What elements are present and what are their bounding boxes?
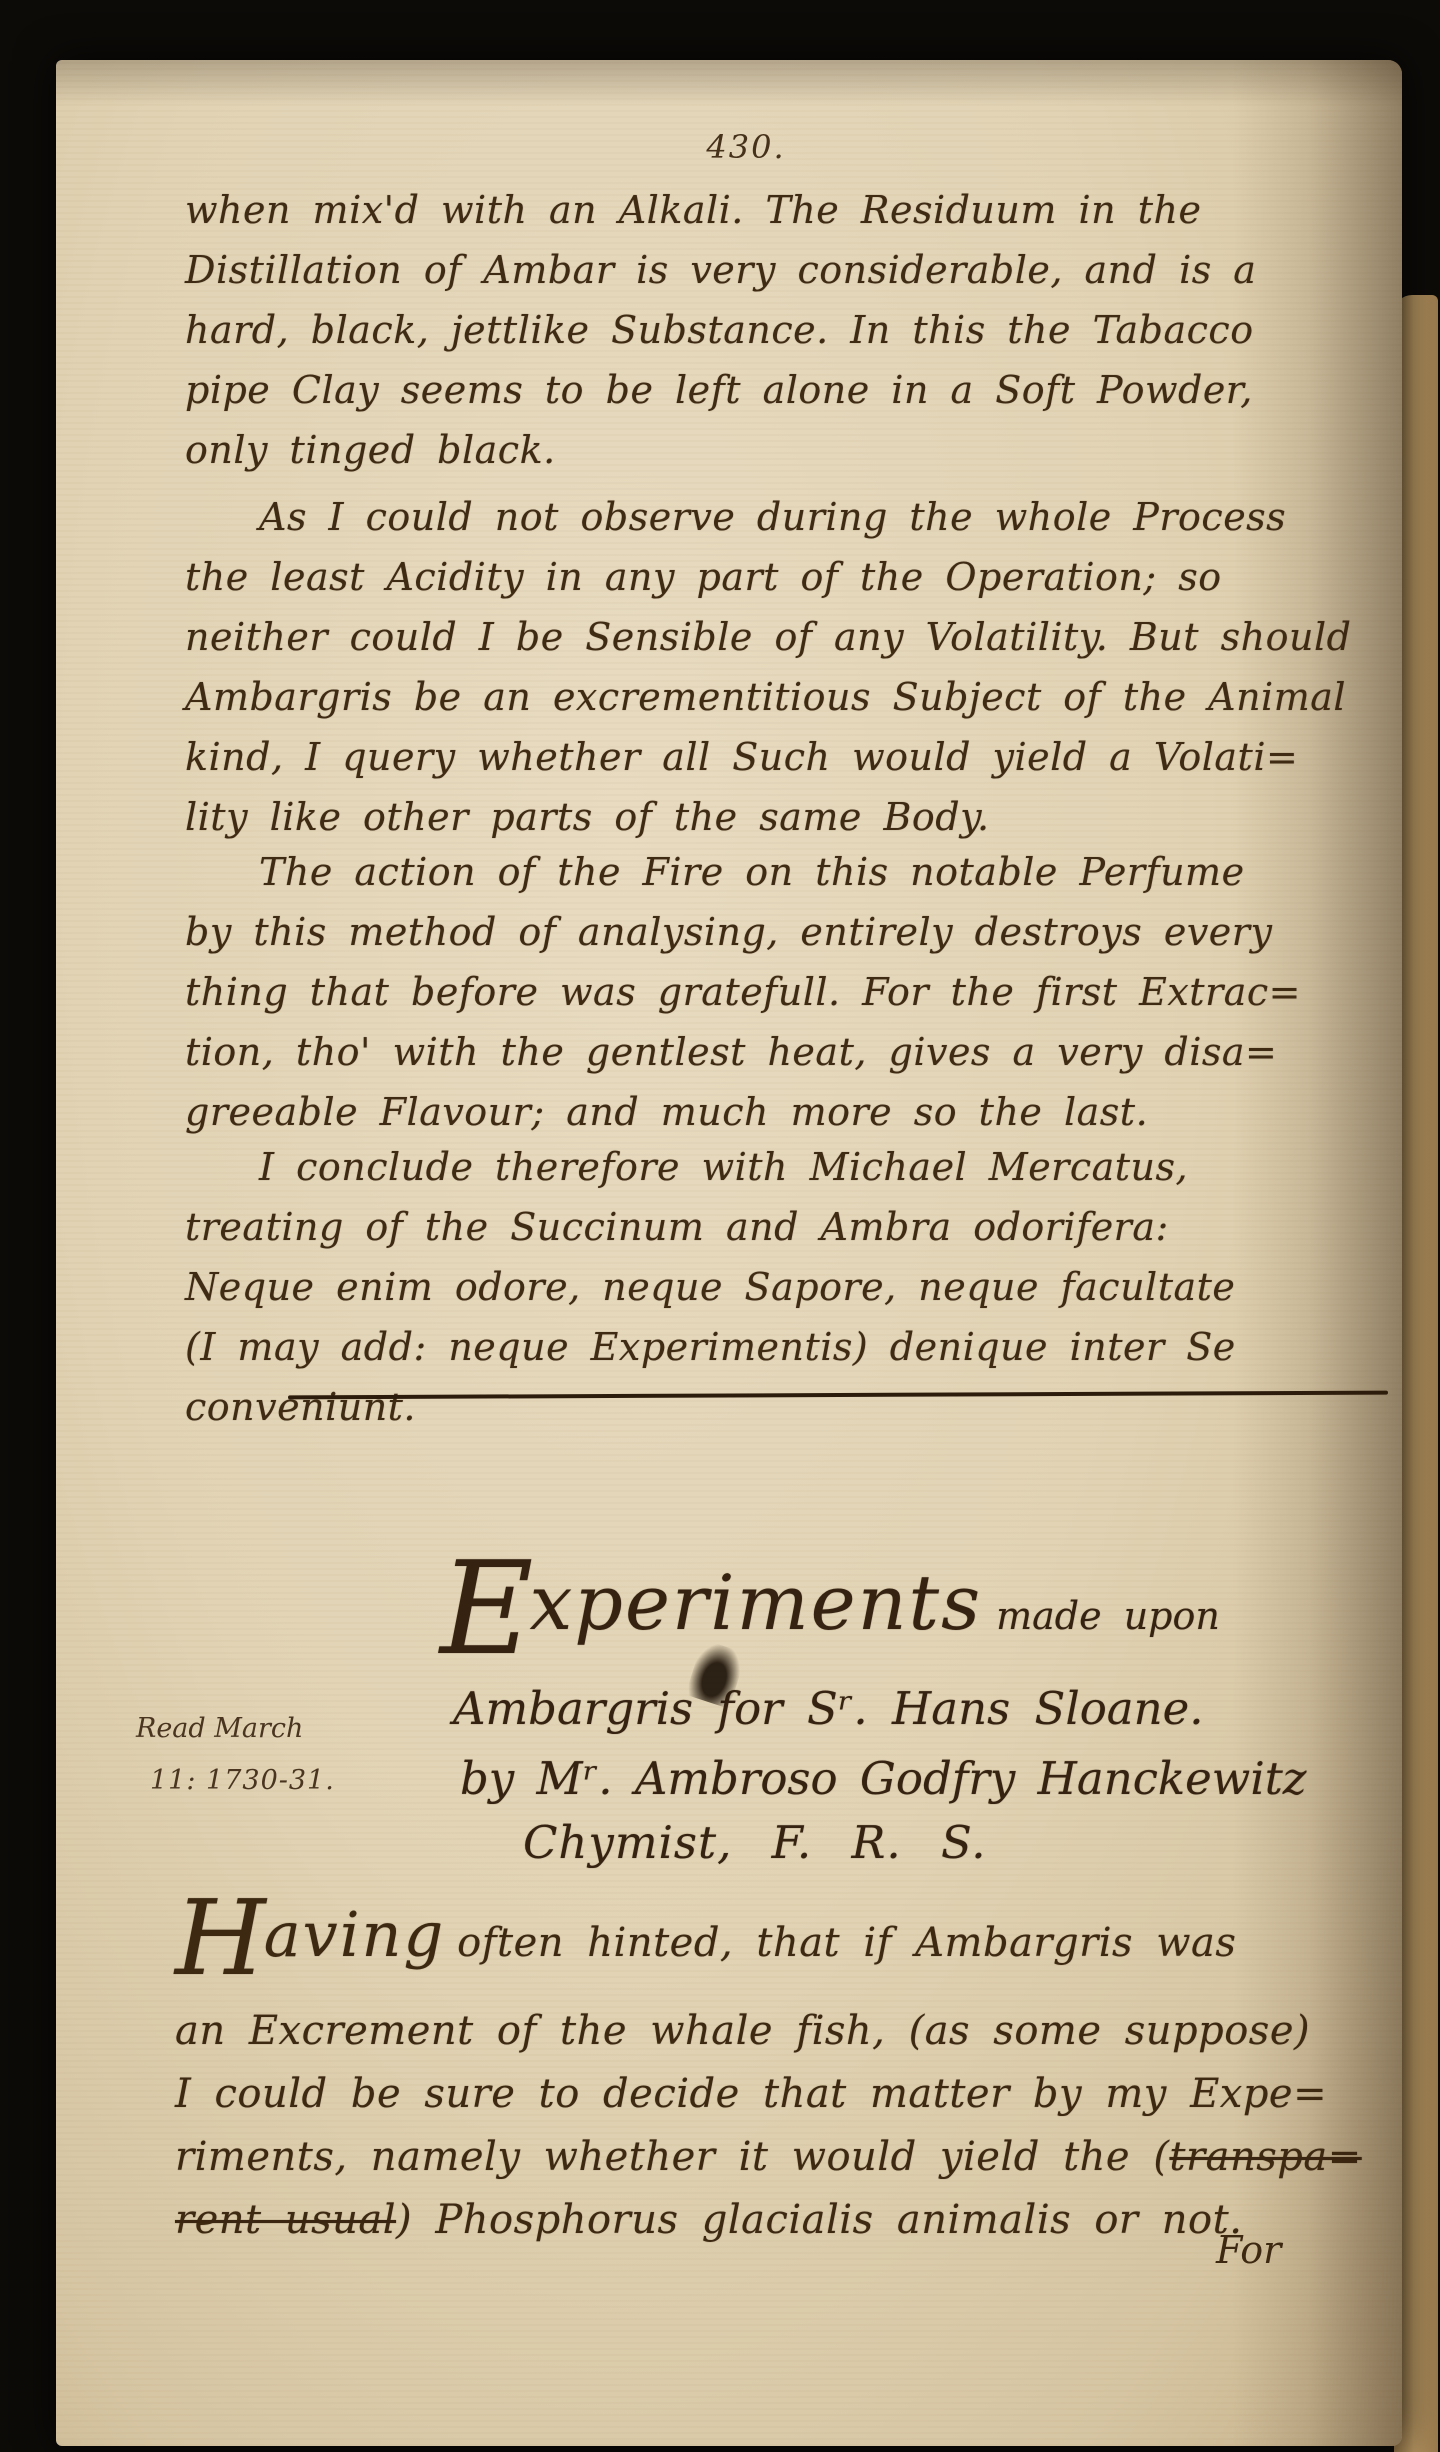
text-line: Neque enim odore, neque Sapore, neque fa…	[185, 1257, 1375, 1317]
photograph-background: 430. when mix'd with an Alkali. The Resi…	[0, 0, 1440, 2452]
text-line: Ambargris be an excrementitious Subject …	[185, 667, 1375, 727]
text-line: Distillation of Ambar is very considerab…	[185, 240, 1375, 300]
paragraph-residuum: when mix'd with an Alkali. The Residuum …	[185, 180, 1375, 480]
text-line: pipe Clay seems to be left alone in a So…	[185, 360, 1375, 420]
text-line: when mix'd with an Alkali. The Residuum …	[185, 180, 1375, 240]
marginal-note: Read March 11: 1730-31.	[136, 1703, 366, 1807]
catchword: For	[1216, 2228, 1281, 2272]
closing-line-segment: riments, namely whether it would yield t…	[175, 2134, 1169, 2180]
closing-line-rest: often hinted, that if Ambargris was	[457, 1920, 1236, 1966]
text-line: As I could not observe during the whole …	[185, 487, 1375, 547]
manuscript-page: 430. when mix'd with an Alkali. The Resi…	[56, 60, 1402, 2446]
closing-paragraph-line: an Excrement of the whale fish, (as some…	[175, 2008, 1310, 2054]
closing-paragraph-line: I could be sure to decide that matter by…	[175, 2071, 1327, 2117]
text-line: by this method of analysing, entirely de…	[185, 902, 1375, 962]
text-line: the least Acidity in any part of the Ope…	[185, 547, 1375, 607]
title-suffix: made upon	[996, 1594, 1220, 1638]
text-line: The action of the Fire on this notable P…	[185, 842, 1375, 902]
title-line-dedication: Ambargris for Sʳ. Hans Sloane.	[453, 1682, 1204, 1735]
paragraph-fire-action: The action of the Fire on this notable P…	[185, 842, 1375, 1142]
struck-out-text: transpa=	[1169, 2134, 1361, 2180]
marginal-note-line: Read March	[136, 1703, 366, 1755]
closing-paragraph-line: rent usual) Phosphorus glacialis animali…	[175, 2197, 1242, 2243]
text-line: greeable Flavour; and much more so the l…	[185, 1082, 1375, 1142]
text-line: I conclude therefore with Michael Mercat…	[185, 1137, 1375, 1197]
title-line-author: by Mʳ. Ambroso Godfry Hanckewitz	[460, 1752, 1307, 1805]
closing-word-rest: aving	[264, 1898, 445, 1971]
title-word: xperiments	[529, 1558, 982, 1647]
text-line: thing that before was gratefull. For the…	[185, 962, 1375, 1022]
decorated-initial-H: H	[175, 1877, 264, 1999]
decorated-initial-E: E	[440, 1535, 529, 1684]
text-line: lity like other parts of the same Body.	[185, 787, 1375, 847]
text-line: treating of the Succinum and Ambra odori…	[185, 1197, 1375, 1257]
title-line-credentials: Chymist, F. R. S.	[523, 1816, 987, 1869]
paragraph-acidity: As I could not observe during the whole …	[185, 487, 1375, 847]
marginal-note-line: 11: 1730-31.	[136, 1755, 366, 1807]
closing-line-segment: ) Phosphorus glacialis animalis or not.	[396, 2197, 1242, 2243]
text-line: tion, tho' with the gentlest heat, gives…	[185, 1022, 1375, 1082]
text-line: conveniunt.	[185, 1377, 1375, 1437]
closing-paragraph-line: riments, namely whether it would yield t…	[175, 2134, 1362, 2180]
text-line: (I may add: neque Experimentis) denique …	[185, 1317, 1375, 1377]
section-title: Experimentsmade upon	[440, 1558, 1220, 1660]
text-line: only tinged black.	[185, 420, 1375, 480]
closing-paragraph-line: Havingoften hinted, that if Ambargris wa…	[175, 1898, 1236, 1978]
text-line: kind, I query whether all Such would yie…	[185, 727, 1375, 787]
text-line: neither could I be Sensible of any Volat…	[185, 607, 1375, 667]
page-number: 430.	[656, 128, 836, 166]
struck-out-text: rent usual	[175, 2197, 396, 2243]
text-line: hard, black, jettlike Substance. In this…	[185, 300, 1375, 360]
